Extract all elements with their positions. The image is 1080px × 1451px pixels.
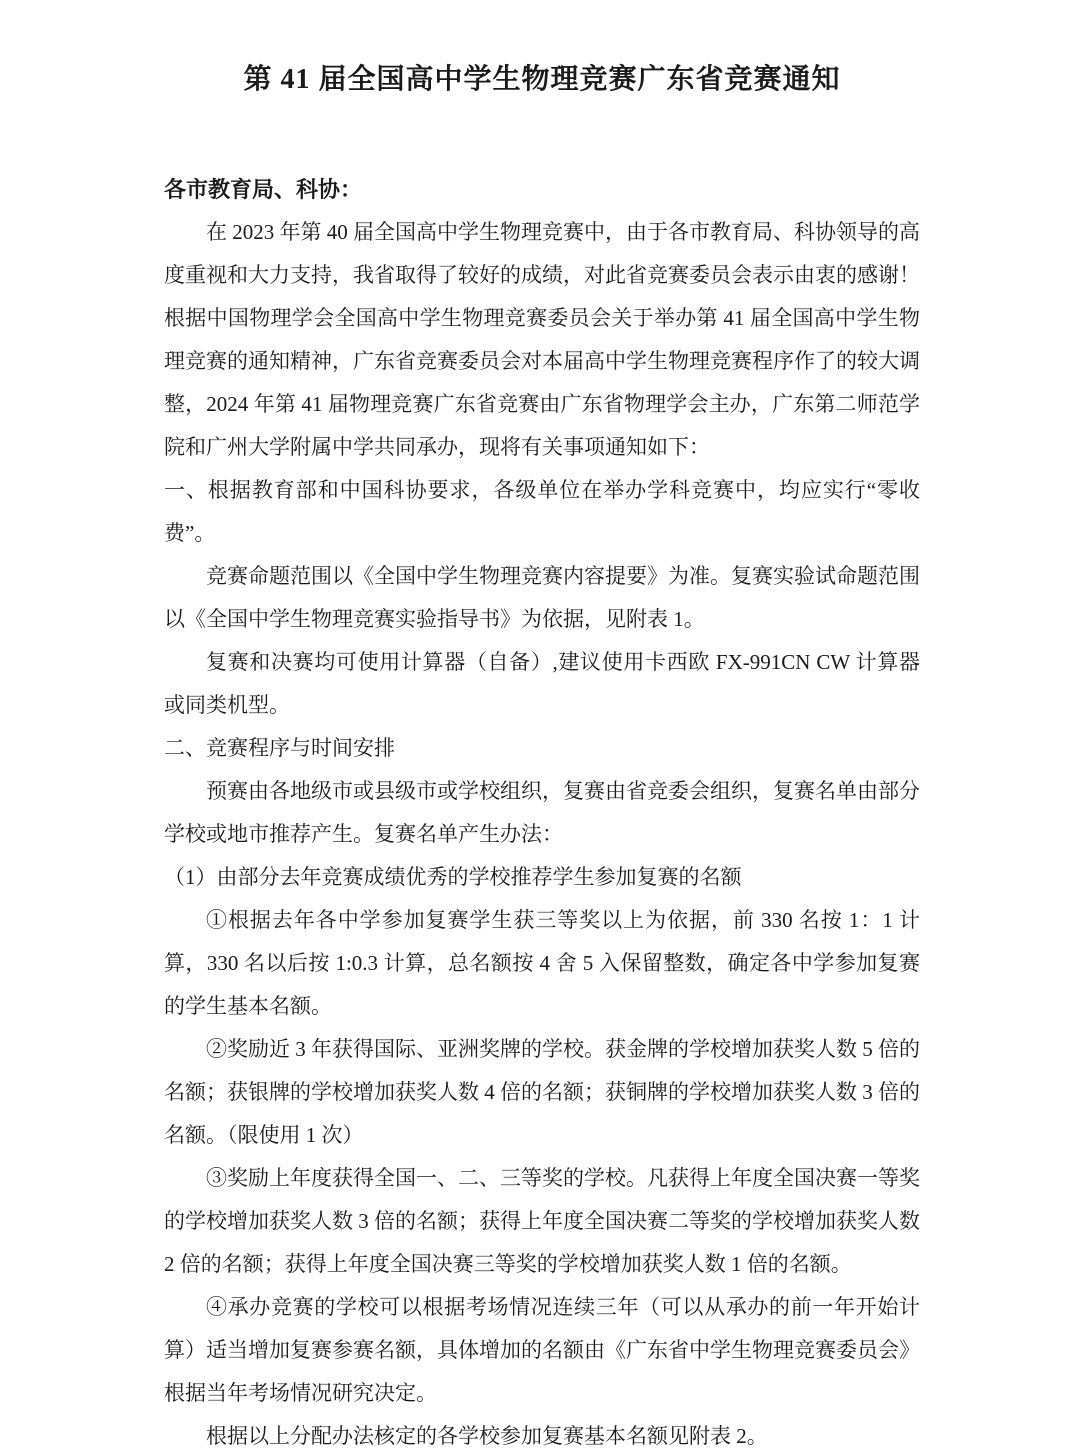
paragraph: ③奖励上年度获得全国一、二、三等奖的学校。凡获得上年度全国决赛一等奖的学校增加获… (164, 1157, 920, 1286)
document-title: 第 41 届全国高中学生物理竞赛广东省竞赛通知 (164, 58, 920, 102)
paragraph: ②奖励近 3 年获得国际、亚洲奖牌的学校。获金牌的学校增加获奖人数 5 倍的名额… (164, 1028, 920, 1157)
document-body: 在 2023 年第 40 届全国高中学生物理竞赛中，由于各市教育局、科协领导的高… (164, 211, 920, 1451)
paragraph: ①根据去年各中学参加复赛学生获三等奖以上为依据，前 330 名按 1：1 计算，… (164, 899, 920, 1028)
paragraph: ④承办竞赛的学校可以根据考场情况连续三年（可以从承办的前一年开始计算）适当增加复… (164, 1286, 920, 1415)
paragraph: （1）由部分去年竞赛成绩优秀的学校推荐学生参加复赛的名额 (164, 856, 920, 899)
paragraph: 二、竞赛程序与时间安排 (164, 727, 920, 770)
paragraph: 复赛和决赛均可使用计算器（自备）,建议使用卡西欧 FX-991CN CW 计算器… (164, 641, 920, 727)
document-page: 第 41 届全国高中学生物理竞赛广东省竞赛通知 各市教育局、科协： 在 2023… (0, 0, 1080, 1451)
salutation: 各市教育局、科协： (164, 168, 920, 211)
paragraph: 竞赛命题范围以《全国中学生物理竞赛内容提要》为准。复赛实验试命题范围以《全国中学… (164, 555, 920, 641)
paragraph: 在 2023 年第 40 届全国高中学生物理竞赛中，由于各市教育局、科协领导的高… (164, 211, 920, 469)
paragraph: 一、根据教育部和中国科协要求，各级单位在举办学科竞赛中，均应实行“零收费”。 (164, 469, 920, 555)
paragraph: 预赛由各地级市或县级市或学校组织，复赛由省竞委会组织，复赛名单由部分学校或地市推… (164, 770, 920, 856)
paragraph: 根据以上分配办法核定的各学校参加复赛基本名额见附表 2。 (164, 1415, 920, 1451)
